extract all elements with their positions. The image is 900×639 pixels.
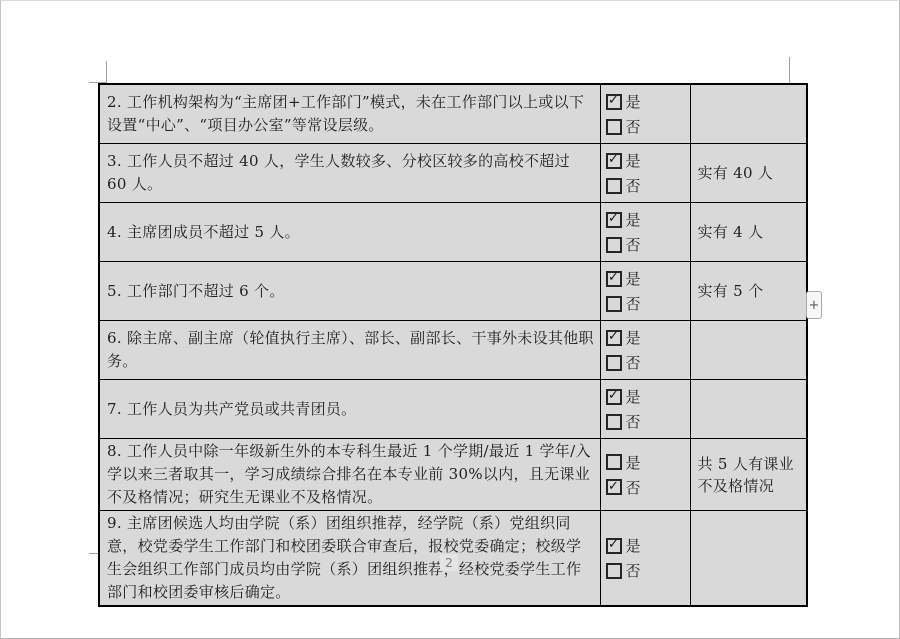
remark-cell: 实有 4 人: [690, 203, 807, 262]
no-checkbox-icon[interactable]: [607, 120, 621, 134]
yes-label: 是: [626, 327, 641, 348]
remark-cell: 共 5 人有课业不及格情况: [690, 439, 807, 511]
yes-checkbox-icon[interactable]: ✓: [607, 272, 621, 286]
margin-crop-mark-top-left: [89, 61, 107, 83]
requirement-text: 2. 工作机构架构为“主席团+工作部门”模式，未在工作部门以上或以下设置“中心”…: [99, 84, 600, 144]
yes-label: 是: [626, 150, 641, 171]
remark-cell: [690, 84, 807, 144]
check-mark: ✓: [608, 480, 619, 493]
yes-checkbox-icon[interactable]: ✓: [607, 154, 621, 168]
yes-option[interactable]: ✓ 是: [607, 327, 687, 348]
table-row: 4. 主席团成员不超过 5 人。 ✓ 是 否 实有 4 人: [99, 203, 807, 262]
yes-label: 是: [626, 209, 641, 230]
checkbox-cell: ✓ 是 否: [600, 380, 690, 439]
no-label: 否: [626, 411, 641, 432]
expand-plus-button[interactable]: +: [806, 291, 822, 319]
check-mark: ✓: [608, 330, 619, 343]
no-label: 否: [626, 477, 641, 498]
margin-crop-mark-top-right: [789, 57, 790, 83]
check-mark: ✓: [608, 212, 619, 225]
no-label: 否: [626, 234, 641, 255]
yes-checkbox-icon[interactable]: [607, 455, 621, 469]
yes-option[interactable]: ✓ 是: [607, 386, 687, 407]
yes-label: 是: [626, 535, 641, 556]
no-checkbox-icon[interactable]: [607, 356, 621, 370]
no-checkbox-icon[interactable]: [607, 297, 621, 311]
checkbox-cell: ✓ 是 否: [600, 203, 690, 262]
yes-checkbox-icon[interactable]: ✓: [607, 390, 621, 404]
requirement-text: 6. 除主席、副主席（轮值执行主席）、部长、副部长、干事外未设其他职务。: [99, 321, 600, 380]
checkbox-cell: ✓ 是 否: [600, 84, 690, 144]
checkbox-cell: ✓ 是 否: [600, 144, 690, 203]
check-mark: ✓: [608, 389, 619, 402]
yes-option[interactable]: ✓ 是: [607, 535, 687, 556]
checkbox-cell: 是 ✓ 否: [600, 439, 690, 511]
no-option[interactable]: ✓ 否: [607, 477, 687, 498]
page-number: 2: [440, 554, 458, 571]
no-label: 否: [626, 352, 641, 373]
no-checkbox-icon[interactable]: ✓: [607, 480, 621, 494]
yes-label: 是: [626, 386, 641, 407]
yes-option[interactable]: ✓ 是: [607, 150, 687, 171]
remark-cell: 实有 5 个: [690, 262, 807, 321]
check-mark: ✓: [608, 153, 619, 166]
no-checkbox-icon[interactable]: [607, 415, 621, 429]
check-mark: ✓: [608, 94, 619, 107]
yes-option[interactable]: ✓ 是: [607, 91, 687, 112]
check-mark: ✓: [608, 538, 619, 551]
no-label: 否: [626, 560, 641, 581]
no-option[interactable]: 否: [607, 175, 687, 196]
table-row: 6. 除主席、副主席（轮值执行主席）、部长、副部长、干事外未设其他职务。 ✓ 是…: [99, 321, 807, 380]
yes-label: 是: [626, 91, 641, 112]
checklist-table: 2. 工作机构架构为“主席团+工作部门”模式，未在工作部门以上或以下设置“中心”…: [98, 83, 808, 607]
remark-cell: [690, 380, 807, 439]
remark-cell: [690, 511, 807, 607]
requirement-text: 8. 工作人员中除一年级新生外的本专科生最近 1 个学期/最近 1 学年/入学以…: [99, 439, 600, 511]
yes-checkbox-icon[interactable]: ✓: [607, 331, 621, 345]
table-row: 8. 工作人员中除一年级新生外的本专科生最近 1 个学期/最近 1 学年/入学以…: [99, 439, 807, 511]
yes-label: 是: [626, 452, 641, 473]
no-option[interactable]: 否: [607, 116, 687, 137]
no-label: 否: [626, 293, 641, 314]
yes-checkbox-icon[interactable]: ✓: [607, 213, 621, 227]
no-option[interactable]: 否: [607, 293, 687, 314]
requirement-text: 5. 工作部门不超过 6 个。: [99, 262, 600, 321]
checkbox-cell: ✓ 是 否: [600, 262, 690, 321]
remark-cell: 实有 40 人: [690, 144, 807, 203]
yes-option[interactable]: ✓ 是: [607, 268, 687, 289]
no-option[interactable]: 否: [607, 411, 687, 432]
no-checkbox-icon[interactable]: [607, 238, 621, 252]
yes-checkbox-icon[interactable]: ✓: [607, 95, 621, 109]
requirement-text: 3. 工作人员不超过 40 人，学生人数较多、分校区较多的高校不超过 60 人。: [99, 144, 600, 203]
requirement-text: 4. 主席团成员不超过 5 人。: [99, 203, 600, 262]
yes-option[interactable]: 是: [607, 452, 687, 473]
table-row: 3. 工作人员不超过 40 人，学生人数较多、分校区较多的高校不超过 60 人。…: [99, 144, 807, 203]
yes-checkbox-icon[interactable]: ✓: [607, 539, 621, 553]
remark-cell: [690, 321, 807, 380]
document-page: 2. 工作机构架构为“主席团+工作部门”模式，未在工作部门以上或以下设置“中心”…: [0, 0, 900, 639]
requirement-text: 7. 工作人员为共产党员或共青团员。: [99, 380, 600, 439]
checkbox-cell: ✓ 是 否: [600, 511, 690, 607]
table-row: 2. 工作机构架构为“主席团+工作部门”模式，未在工作部门以上或以下设置“中心”…: [99, 84, 807, 144]
requirement-text: 9. 主席团候选人均由学院（系）团组织推荐，经学院（系）党组织同意，校党委学生工…: [99, 511, 600, 607]
yes-label: 是: [626, 268, 641, 289]
table-row: 7. 工作人员为共产党员或共青团员。 ✓ 是 否: [99, 380, 807, 439]
no-checkbox-icon[interactable]: [607, 564, 621, 578]
no-checkbox-icon[interactable]: [607, 179, 621, 193]
table-row: 5. 工作部门不超过 6 个。 ✓ 是 否 实有 5 个: [99, 262, 807, 321]
no-option[interactable]: 否: [607, 352, 687, 373]
no-label: 否: [626, 116, 641, 137]
no-option[interactable]: 否: [607, 234, 687, 255]
checkbox-cell: ✓ 是 否: [600, 321, 690, 380]
no-label: 否: [626, 175, 641, 196]
check-mark: ✓: [608, 271, 619, 284]
yes-option[interactable]: ✓ 是: [607, 209, 687, 230]
no-option[interactable]: 否: [607, 560, 687, 581]
